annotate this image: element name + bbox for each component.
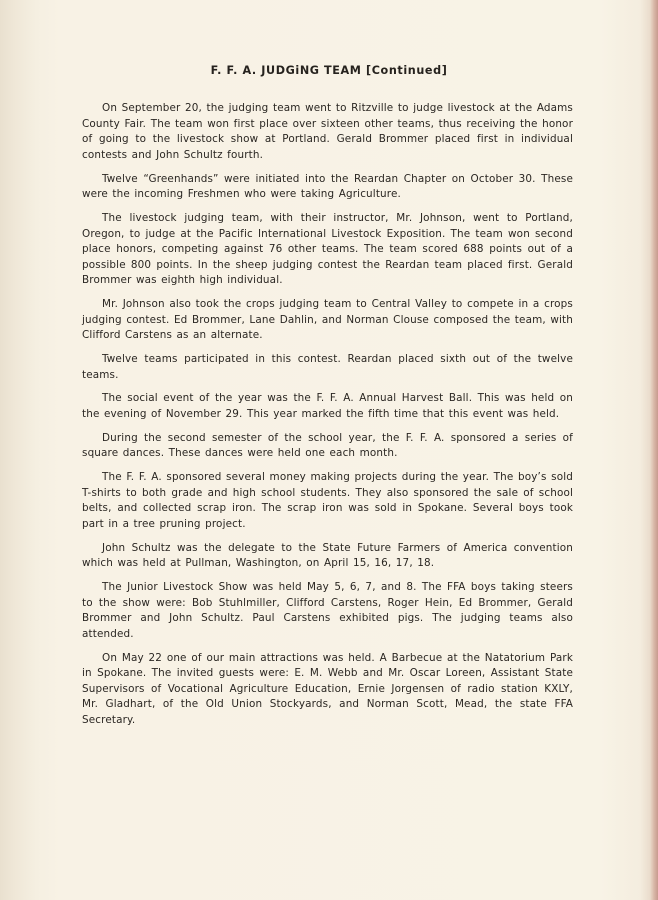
paragraph-junior-livestock-show: The Junior Livestock Show was held May 5… [82, 580, 573, 642]
paragraph-barbecue: On May 22 one of our main attractions wa… [82, 651, 573, 729]
paragraph-ritzville-fair: On September 20, the judging team went t… [82, 101, 573, 163]
page-title: F. F. A. JUDGiNG TEAM [Continued] [0, 64, 658, 77]
yearbook-page: F. F. A. JUDGiNG TEAM [Continued] On Sep… [0, 0, 658, 900]
paragraph-portland-exposition: The livestock judging team, with their i… [82, 211, 573, 289]
paragraph-crops-judging: Mr. Johnson also took the crops judging … [82, 297, 573, 344]
paragraph-harvest-ball: The social event of the year was the F. … [82, 391, 573, 422]
paragraph-crops-results: Twelve teams participated in this contes… [82, 352, 573, 383]
paragraph-state-convention: John Schultz was the delegate to the Sta… [82, 541, 573, 572]
paragraph-money-projects: The F. F. A. sponsored several money mak… [82, 470, 573, 532]
article-body: On September 20, the judging team went t… [82, 101, 573, 737]
paragraph-greenhands: Twelve “Greenhands” were initiated into … [82, 172, 573, 203]
paragraph-square-dances: During the second semester of the school… [82, 431, 573, 462]
